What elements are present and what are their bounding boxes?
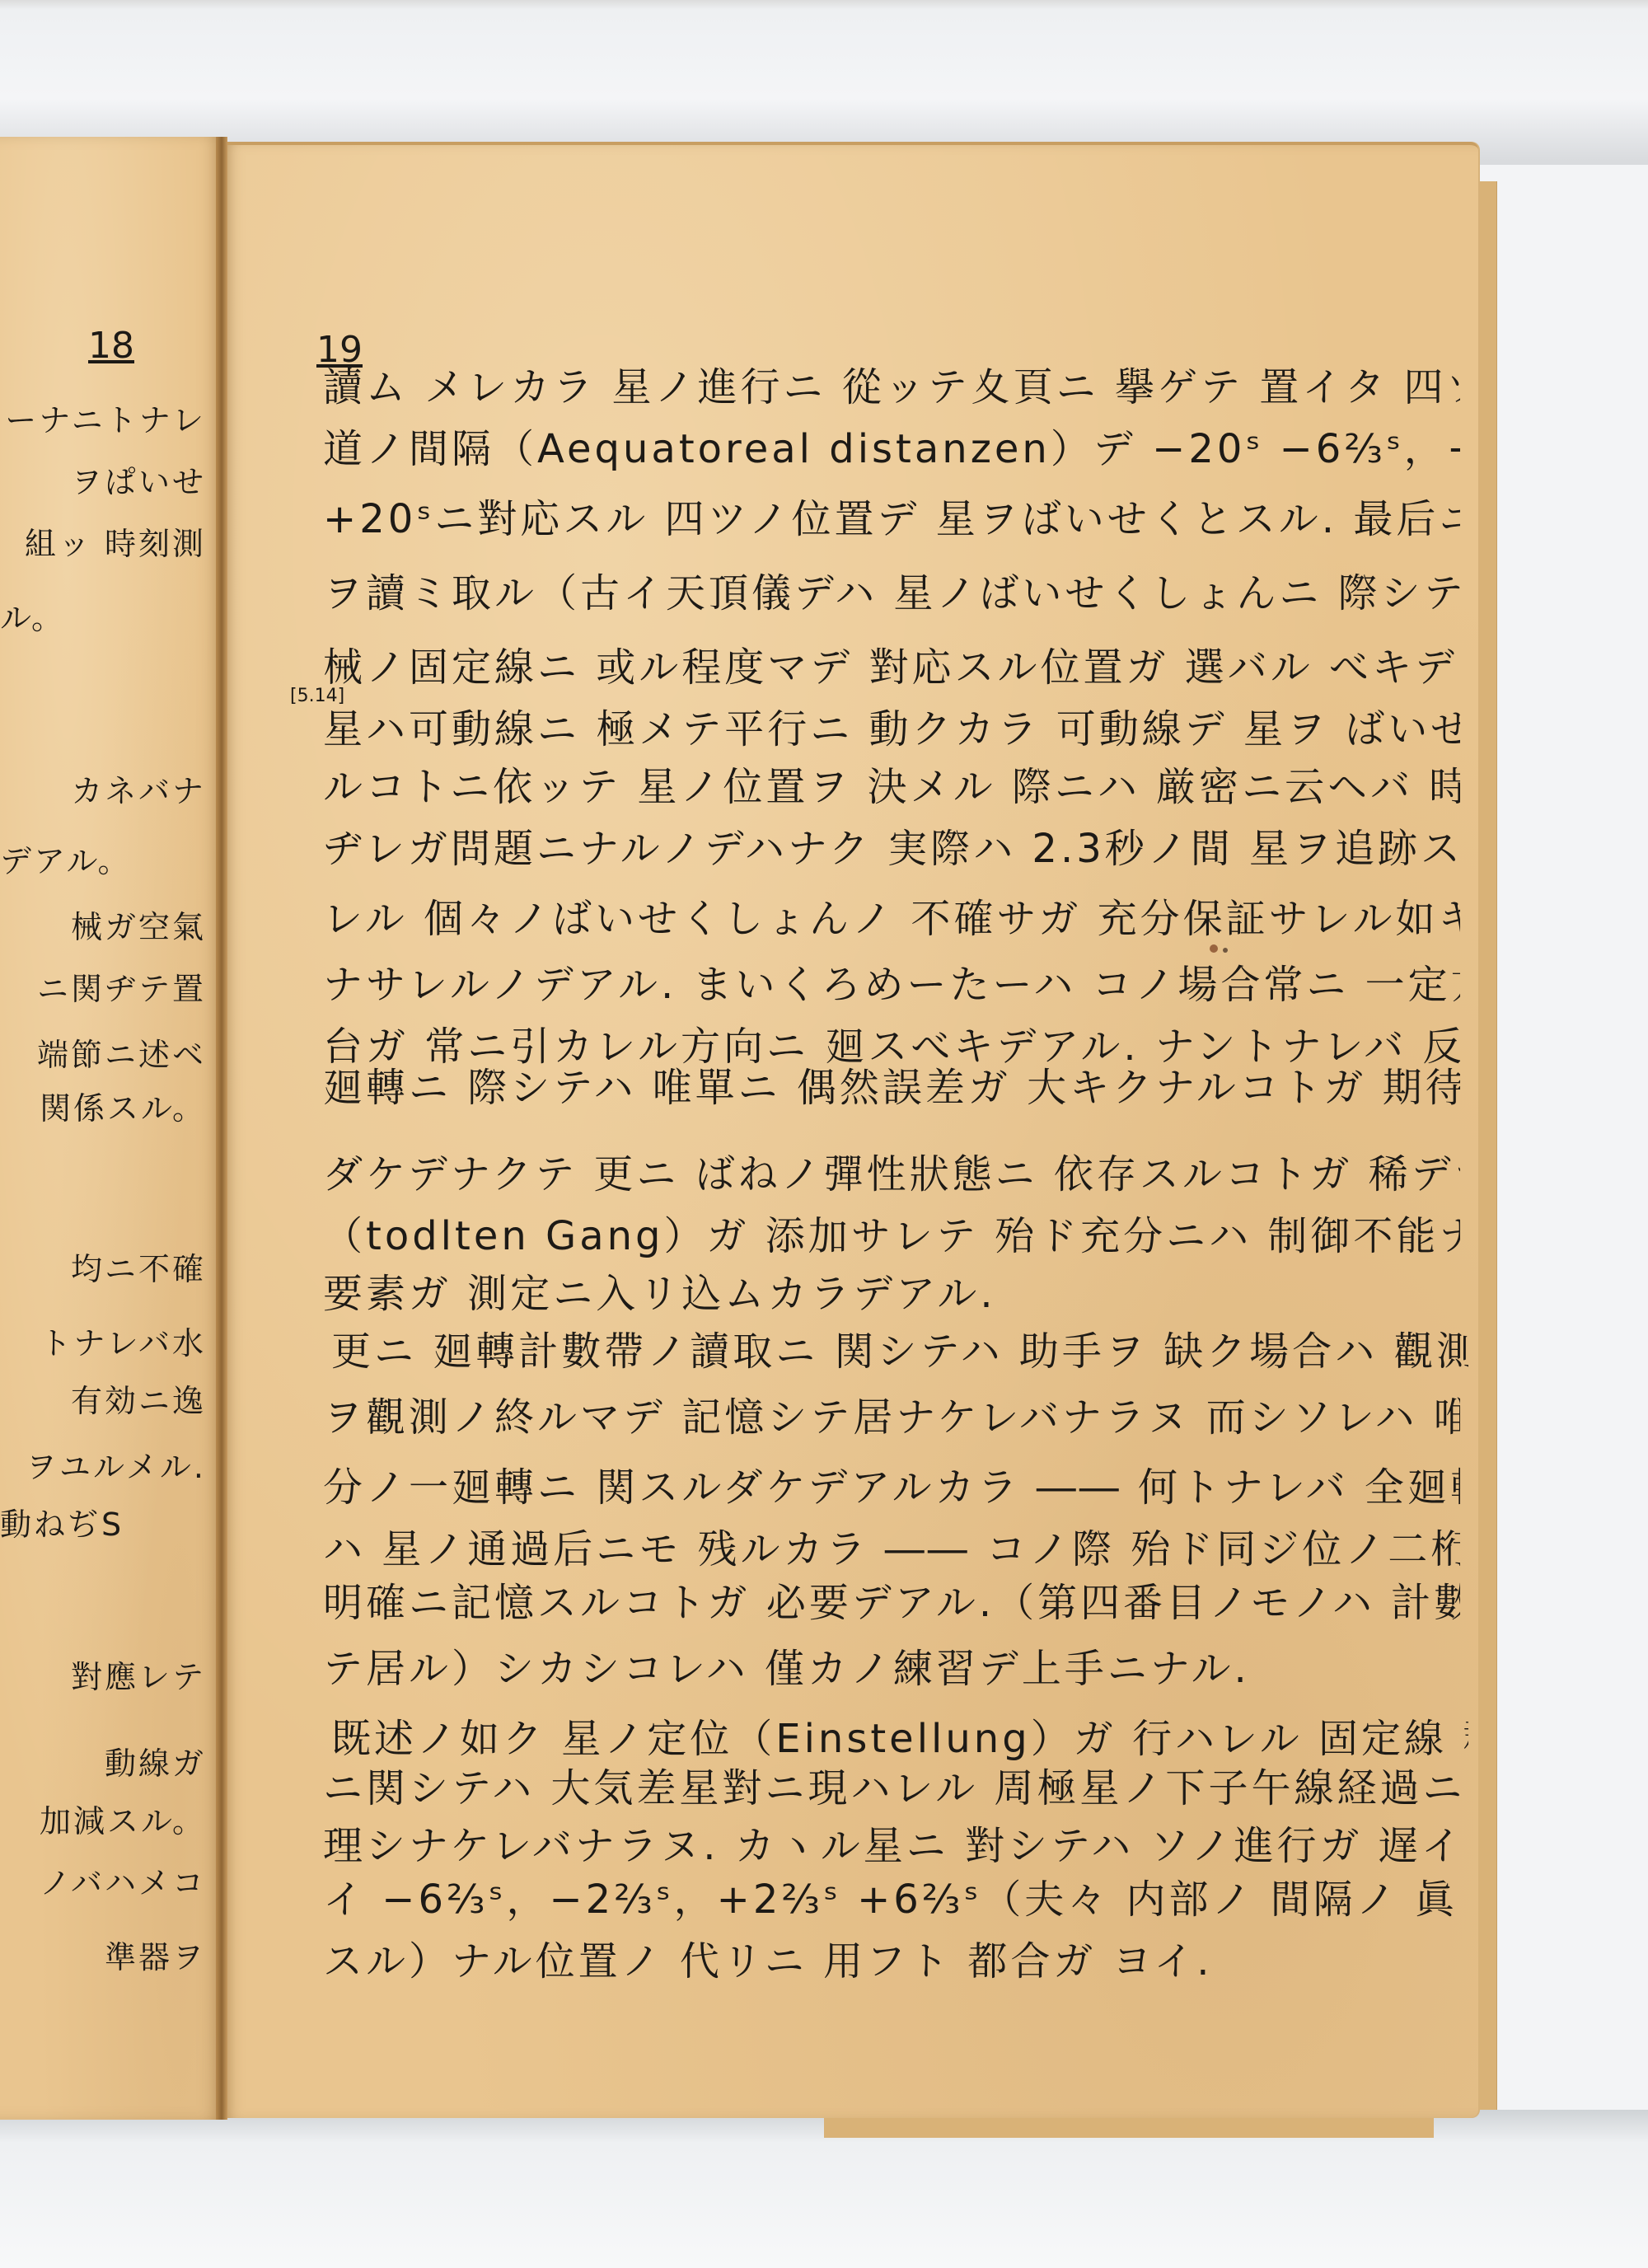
manuscript-line: ヂレガ問題ニナルノデハナク 実際ハ 2.3秒ノ間 星ヲ追跡スルコトニ依ッテナサ [323,824,1460,874]
manuscript-line: 既述ノ如ク 星ノ定位（Einstellung）ガ 行ハレル 固定線 群ノ位置 [331,1714,1468,1764]
manuscript-line: 更ニ 廻轉計數帶ノ讀取ニ 関シテハ 助手ヲ 缺ク場合ハ 觀測者ハ 各讀取値 [331,1327,1468,1376]
left-page-line: ヲユルメル. [0,1442,206,1492]
manuscript-line: 廻轉ニ 際シテハ 唯單ニ 偶然誤差ガ 大キクナルコトガ 期待サレル [323,1063,1460,1113]
manuscript-line: 星ハ可動線ニ 極メテ平行ニ 動クカラ 可動線デ 星ヲ ばいせくとス [323,705,1460,754]
manuscript-line: 要素ガ 測定ニ入リ込ムカラデアル. [323,1269,1460,1319]
page-edge-right [1478,181,1497,2110]
left-page-line: デアル。 [0,836,206,886]
manuscript-line: 械ノ固定線ニ 或ル程度マデ 對応スル位置ガ 選バル べキデアル.） [323,643,1460,692]
manuscript-line: ハ 星ノ通過后ニモ 残ルカラ ―― コノ際 殆ド同ジ位ノ二桁ノ數ヲ三ツ [323,1525,1460,1574]
left-page-line: 準器ヲ [0,1933,206,1982]
left-page-line: 有効ニ逸 [0,1376,206,1426]
left-page-line: 組ッ 時刻測 [0,519,206,569]
left-page-number: 18 [74,321,148,371]
left-page-line: ヲぱいせ [0,457,206,507]
manuscript-line: 讀ム メレカラ 星ノ進行ニ 從ッテ夊頁ニ 擧ゲテ 置イタ 四ツノ位置 即チ赤 [323,363,1460,412]
manuscript-line: ヲ讀ミ取ル（古イ天頂儀デハ 星ノばいせくしょんニ 際シテ 新シイ器 [323,569,1460,618]
manuscript-line: ニ関シテハ 大気差星對ニ現ハレル 周極星ノ下子午線経過ニ 関シテハ 別ニ處 [323,1764,1460,1813]
page-edge-bottom [824,2115,1434,2138]
left-page-line: 均ニ不確 [0,1244,206,1294]
manuscript-line: イ −6⅔ˢ，−2⅔ˢ，+2⅔ˢ +6⅔ˢ（夫々 内部ノ 間隔ノ 眞中 及 第一… [323,1875,1460,1924]
manuscript-line: ダケデナクテ 更ニ ばねノ彈性狀態ニ 依存スルコトガ 稀デナイ “カラマハリ” [323,1150,1460,1199]
left-page-line: 對應レテ [0,1652,206,1702]
left-page-line: ル。 [0,593,206,643]
manuscript-line: テ居ル）シカシコレハ 僅カノ練習デ上手ニナル. [323,1644,1460,1694]
left-page-line: ニ関ヂテ置 [0,964,206,1014]
manuscript-line: レル 個々ノばいせくしょんノ 不確サガ 充分保証サレル如キ 觀測ガ [323,894,1460,944]
manuscript-line: +20ˢニ對応スル 四ツノ位置デ 星ヲばいせくとスル. 最后ニ改メテ又 水準器 [323,494,1460,544]
manuscript-line: 理シナケレバナラヌ. カヽル星ニ 對シテハ ソノ進行ガ 遅イ爲メ 中央ノ線ニ 近 [323,1821,1460,1871]
manuscript-line: ルコトニ依ッテ 星ノ位置ヲ 決メル 際ニハ 厳密ニ云ヘバ 時間的ネ [323,762,1460,812]
left-page-line: トナレバ水 [0,1319,206,1368]
manuscript-line: ヲ觀測ノ終ルマデ 記憶シテ居ナケレバナラヌ 而シソレハ 唯百分 一及千 [323,1393,1460,1442]
manuscript-line: ナサレルノデアル. まいくろめーたーハ コノ場合常ニ 一定方向 即チ滑リ [323,960,1460,1010]
left-page-line: 械ガ空氣 [0,902,206,952]
left-page-line: ーナニトナレ [0,396,206,445]
scan-backdrop-top [0,0,1648,165]
left-page-line: 端節ニ述ベ [0,1030,206,1080]
ink-stain [1223,948,1228,953]
manuscript-line: スル）ナル位置ノ 代リニ 用フト 都合ガ ヨイ. [323,1937,1460,1986]
left-page-line: 動線ガ [0,1739,206,1788]
ink-stain [1210,944,1218,953]
left-page-line: 動ねぢS [0,1500,206,1549]
manuscript-line: 明確ニ記憶スルコトガ 必要デアル.（第四番目ノモノハ 計數帶ニ殘ッ [323,1578,1460,1628]
manuscript-line: 分ノ一廻轉ニ 関スルダケデアルカラ ―― 何トナレバ 全廻轉及十分ノ一廻轉値 [323,1463,1460,1512]
manuscript-line: （todlten Gang）ガ 添加サレテ 殆ド充分ニハ 制御不能ナ [323,1211,1460,1261]
left-page-line: カネバナ [0,766,206,816]
left-page-line: ノバハメコ [0,1858,206,1908]
left-page-line: 関係スル。 [0,1084,206,1133]
book-spine [216,137,227,2120]
manuscript-line: 道ノ間隔（Aequatoreal distanzen）デ −20ˢ −6⅔ˢ，+… [323,424,1460,474]
left-page-line: 加減スル。 [0,1797,206,1846]
